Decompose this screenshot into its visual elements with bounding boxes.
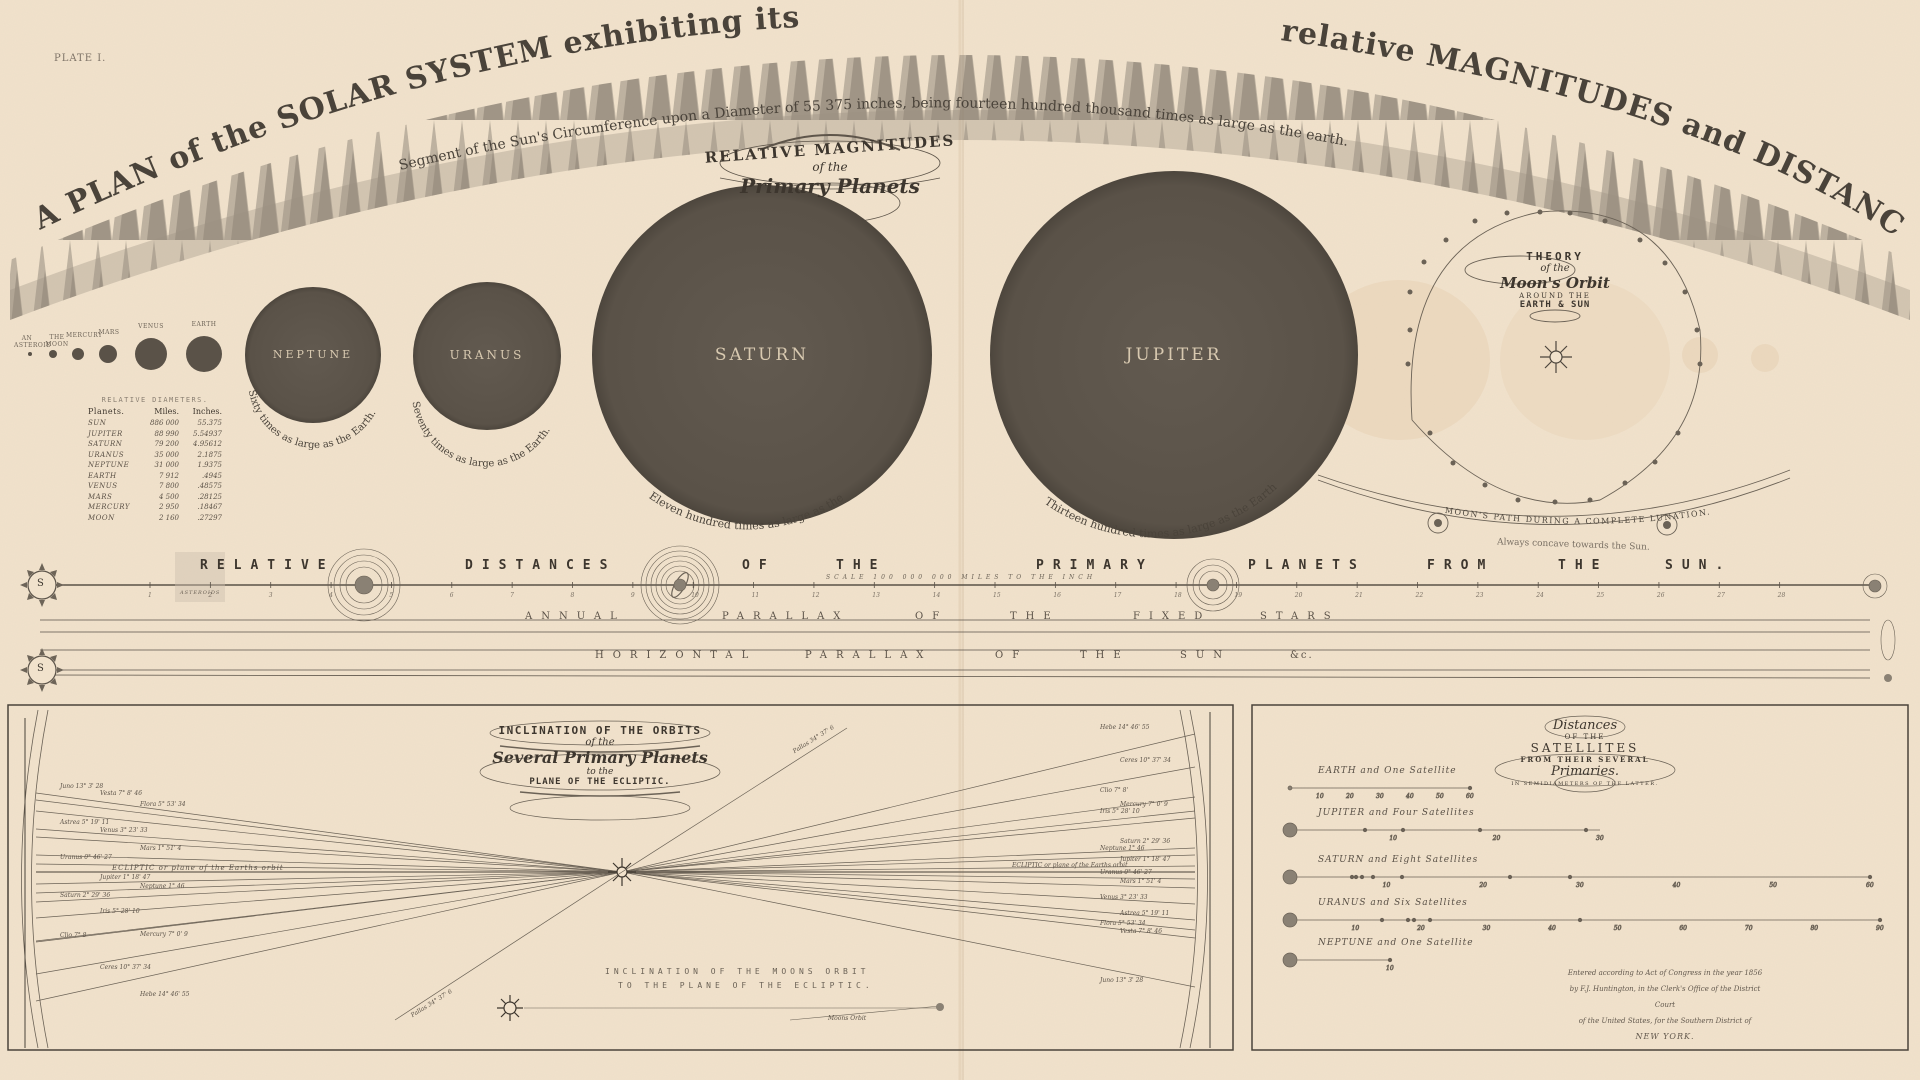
svg-text:9: 9 bbox=[631, 592, 635, 599]
svg-text:60: 60 bbox=[1679, 925, 1687, 932]
earth-label: EARTH bbox=[188, 321, 220, 328]
svg-text:50: 50 bbox=[1769, 882, 1777, 889]
inclination-label-left: Hebe 14° 46' 55 bbox=[140, 991, 189, 998]
horizontal-word-3: OF bbox=[995, 650, 1028, 661]
table-row: SATURN79 2004.95612 bbox=[88, 439, 222, 450]
inclination-label-left: Neptune 1° 46 bbox=[140, 883, 185, 890]
svg-text:40: 40 bbox=[1405, 793, 1414, 800]
svg-text:22: 22 bbox=[1415, 592, 1424, 599]
table-row: SUN886 00055.375 bbox=[88, 418, 222, 429]
sun-letter: S bbox=[37, 578, 44, 589]
jupiter-label: JUPITER bbox=[990, 345, 1358, 365]
plate-artwork: A PLAN of the SOLAR SYSTEM exhibiting it… bbox=[0, 0, 1920, 1080]
svg-text:4: 4 bbox=[328, 592, 333, 599]
svg-text:70: 70 bbox=[1745, 925, 1753, 932]
svg-text:7: 7 bbox=[510, 592, 514, 599]
neptune-label: NEPTUNE bbox=[245, 348, 381, 361]
horizontal-word-2: PARALLAX bbox=[805, 650, 932, 661]
moon-orbit-cartouche: THEORY of the Moon's Orbit AROUND THE EA… bbox=[1465, 250, 1645, 310]
horizontal-word-6: &c. bbox=[1290, 650, 1314, 661]
svg-text:10: 10 bbox=[691, 592, 699, 599]
horizontal-word-1: HORIZONTAL bbox=[595, 650, 757, 661]
distances-word-9: SUN. bbox=[1665, 558, 1732, 573]
inclination-label-right: Jupiter 1° 18' 47 bbox=[1120, 856, 1170, 863]
inclination-label-left: Juno 13° 3' 28 bbox=[60, 783, 103, 790]
svg-text:10: 10 bbox=[1386, 965, 1394, 972]
asteroid-label: ANASTEROID bbox=[14, 335, 40, 349]
svg-text:20: 20 bbox=[1294, 592, 1303, 599]
svg-text:40: 40 bbox=[1547, 925, 1556, 932]
svg-text:30: 30 bbox=[1483, 925, 1491, 932]
inclination-label-right: Hebe 14° 46' 55 bbox=[1100, 724, 1149, 731]
scale-caption: SCALE 100 000 000 MILES TO THE INCH bbox=[826, 574, 1096, 581]
distances-word-3: OF bbox=[742, 558, 776, 573]
table-row: EARTH7 912.4945 bbox=[88, 471, 222, 482]
annual-word-2: PARALLAX bbox=[722, 611, 849, 622]
table-title: RELATIVE DIAMETERS. bbox=[88, 396, 222, 404]
inclination-label-right: Ceres 10° 37' 34 bbox=[1120, 757, 1171, 764]
svg-text:30: 30 bbox=[1376, 793, 1384, 800]
annual-word-3: OF bbox=[915, 611, 948, 622]
mars-label: MARS bbox=[96, 329, 122, 336]
distances-word-2: DISTANCES bbox=[465, 558, 616, 573]
sun-letter-2: S bbox=[37, 663, 44, 674]
horizontal-word-4: THE bbox=[1080, 650, 1130, 661]
inclination-label-left: Clio 7° 8 bbox=[60, 932, 87, 939]
annual-word-5: FIXED bbox=[1133, 611, 1211, 622]
svg-text:24: 24 bbox=[1535, 592, 1544, 599]
inclination-label-right: Uranus 0° 46' 27 bbox=[1100, 869, 1152, 876]
svg-text:50: 50 bbox=[1614, 925, 1622, 932]
svg-text:10: 10 bbox=[1389, 835, 1397, 842]
inclination-label-right: Mercury 7° 0' 9 bbox=[1120, 801, 1168, 808]
satellite-row-label: NEPTUNE and One Satellite bbox=[1318, 938, 1474, 948]
relative-diameters-table: RELATIVE DIAMETERS. Planets. Miles. Inch… bbox=[88, 396, 222, 523]
svg-text:80: 80 bbox=[1810, 925, 1818, 932]
distances-word-4: THE bbox=[836, 558, 886, 573]
svg-text:10: 10 bbox=[1383, 882, 1391, 889]
inclination-label-left: Uranus 0° 46' 27 bbox=[60, 854, 112, 861]
svg-text:11: 11 bbox=[752, 592, 760, 599]
satellite-row-label: JUPITER and Four Satellites bbox=[1318, 808, 1475, 818]
inclination-label-left: Mercury 7° 0' 9 bbox=[140, 931, 188, 938]
horizontal-word-5: SUN bbox=[1180, 650, 1231, 661]
svg-text:5: 5 bbox=[389, 592, 393, 599]
svg-text:10: 10 bbox=[1316, 793, 1324, 800]
svg-text:23: 23 bbox=[1475, 592, 1484, 599]
svg-text:28: 28 bbox=[1777, 592, 1786, 599]
table-row: MARS4 500.28125 bbox=[88, 492, 222, 503]
inclination-label-right: Vesta 7° 8' 46 bbox=[1120, 928, 1162, 935]
svg-text:30: 30 bbox=[1596, 835, 1604, 842]
inclination-label-left: Saturn 2° 29' 36 bbox=[60, 892, 110, 899]
svg-text:3: 3 bbox=[269, 592, 273, 599]
table-row: MOON2 160.27297 bbox=[88, 513, 222, 524]
inclination-label-left: Flora 5° 53' 34 bbox=[140, 801, 186, 808]
table-header: Planets. Miles. Inches. bbox=[88, 407, 222, 416]
moon-inclination-caption-2: TO THE PLANE OF THE ECLIPTIC. bbox=[618, 981, 874, 990]
svg-text:10: 10 bbox=[1352, 925, 1360, 932]
svg-text:21: 21 bbox=[1354, 592, 1363, 599]
inclination-label-left: Mars 1° 51' 4 bbox=[140, 845, 181, 852]
svg-text:1: 1 bbox=[148, 592, 152, 599]
uranus-label: URANUS bbox=[413, 348, 561, 362]
solar-system-plate: A PLAN of the SOLAR SYSTEM exhibiting it… bbox=[0, 0, 1920, 1080]
svg-text:25: 25 bbox=[1596, 592, 1605, 599]
inclination-cartouche: INCLINATION OF THE ORBITS of the Several… bbox=[470, 724, 730, 787]
inclination-label-right: Astrea 5° 19' 11 bbox=[1120, 910, 1169, 917]
inclination-label-right: Neptune 1° 46 bbox=[1100, 845, 1145, 852]
ecliptic-label-right: ECLIPTIC or plane of the Earths orbit bbox=[1012, 862, 1128, 869]
svg-text:19: 19 bbox=[1234, 592, 1242, 599]
inclination-label-left: Venus 3° 23' 33 bbox=[100, 827, 148, 834]
svg-text:60: 60 bbox=[1866, 882, 1874, 889]
inclination-label-left: Astrea 5° 19' 11 bbox=[60, 819, 109, 826]
inclination-label-right: Clio 7° 8' bbox=[1100, 787, 1128, 794]
inclination-label-right: Venus 3° 23' 33 bbox=[1100, 894, 1148, 901]
svg-text:20: 20 bbox=[1416, 925, 1425, 932]
distances-word-7: FROM bbox=[1427, 558, 1494, 573]
svg-text:15: 15 bbox=[993, 592, 1001, 599]
copyright-notice: Entered according to Act of Congress in … bbox=[1565, 965, 1765, 1045]
svg-text:13: 13 bbox=[872, 592, 880, 599]
svg-text:50: 50 bbox=[1436, 793, 1444, 800]
distances-word-8: THE bbox=[1558, 558, 1608, 573]
satellite-row-label: SATURN and Eight Satellites bbox=[1318, 855, 1478, 865]
inclination-label-left: Ceres 10° 37' 34 bbox=[100, 964, 151, 971]
svg-text:20: 20 bbox=[1492, 835, 1501, 842]
distances-word-6: PLANETS bbox=[1248, 558, 1366, 573]
moon-orbit-label: Moons Orbit bbox=[828, 1015, 866, 1022]
svg-text:90: 90 bbox=[1876, 925, 1884, 932]
svg-text:12: 12 bbox=[812, 592, 820, 599]
svg-text:20: 20 bbox=[1345, 793, 1354, 800]
svg-text:60: 60 bbox=[1466, 793, 1474, 800]
inclination-label-left: Jupiter 1° 18' 47 bbox=[100, 874, 150, 881]
table-row: MERCURY2 950.18467 bbox=[88, 502, 222, 513]
venus-label: VENUS bbox=[136, 323, 166, 330]
inclination-label-left: Vesta 7° 8' 46 bbox=[100, 790, 142, 797]
ecliptic-label-left: ECLIPTIC or plane of the Earths orbit bbox=[112, 864, 284, 872]
saturn-label: SATURN bbox=[592, 345, 932, 365]
svg-text:20: 20 bbox=[1478, 882, 1487, 889]
inclination-label-right: Juno 13° 3' 28 bbox=[1100, 977, 1143, 984]
svg-text:16: 16 bbox=[1053, 592, 1061, 599]
inclination-label-right: Mars 1° 51' 4 bbox=[1120, 878, 1161, 885]
inclination-label-right: Saturn 2° 29' 36 bbox=[1120, 838, 1170, 845]
svg-text:6: 6 bbox=[450, 592, 454, 599]
svg-text:18: 18 bbox=[1174, 592, 1182, 599]
table-row: NEPTUNE31 0001.9375 bbox=[88, 460, 222, 471]
inclination-label-left: Iris 5° 28' 10 bbox=[100, 908, 140, 915]
magnitudes-cartouche: RELATIVE MAGNITUDES of the Primary Plane… bbox=[700, 140, 960, 198]
inclination-label-right: Flora 5° 53' 34 bbox=[1100, 920, 1146, 927]
annual-word-6: STARS bbox=[1260, 611, 1340, 622]
moon-inclination-caption-1: INCLINATION OF THE MOONS ORBIT bbox=[605, 967, 870, 976]
satellite-row-label: URANUS and Six Satellites bbox=[1318, 898, 1468, 908]
svg-text:8: 8 bbox=[571, 592, 575, 599]
svg-text:14: 14 bbox=[933, 592, 941, 599]
table-row: URANUS35 0002.1875 bbox=[88, 450, 222, 461]
satellites-cartouche: Distances OF THE SATELLITES FROM THEIR S… bbox=[1485, 718, 1685, 787]
inclination-label-right: Iris 5° 28' 10 bbox=[1100, 808, 1140, 815]
satellite-row-label: EARTH and One Satellite bbox=[1318, 766, 1457, 776]
svg-text:27: 27 bbox=[1716, 592, 1725, 599]
svg-text:40: 40 bbox=[1672, 882, 1681, 889]
svg-text:30: 30 bbox=[1576, 882, 1584, 889]
plate-label: PLATE I. bbox=[54, 53, 106, 64]
table-row: VENUS7 800.48575 bbox=[88, 481, 222, 492]
svg-text:17: 17 bbox=[1114, 592, 1122, 599]
mercury-label: MERCURY bbox=[66, 332, 100, 339]
asteroids-label: ASTEROIDS bbox=[180, 590, 220, 596]
table-row: JUPITER88 9905.54937 bbox=[88, 429, 222, 440]
distances-word-5: PRIMARY bbox=[1036, 558, 1154, 573]
svg-text:26: 26 bbox=[1656, 592, 1665, 599]
distances-word-1: RELATIVE bbox=[200, 558, 335, 573]
annual-word-4: THE bbox=[1010, 611, 1060, 622]
annual-word-1: ANNUAL bbox=[525, 611, 626, 622]
